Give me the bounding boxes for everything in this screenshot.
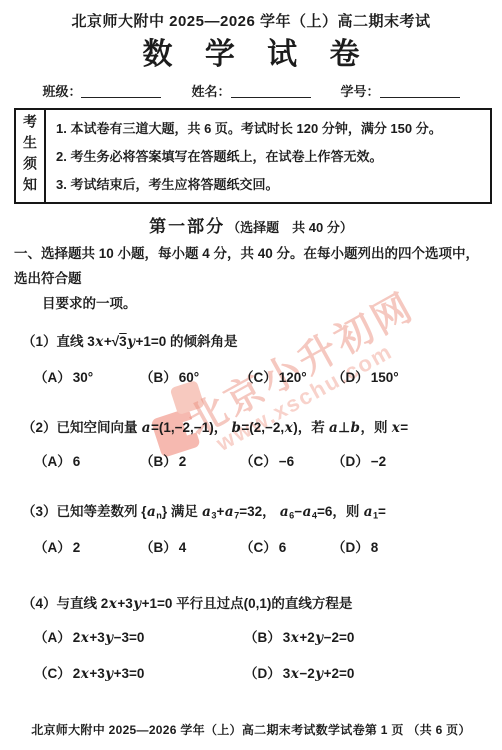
question-4-options: （A）2x+3y−3=0 （B）3x+2y−2=0 （C）2x+3y+3=0 （…	[22, 626, 494, 682]
question-list: （1）直线 3x+√3y+1=0 的倾斜角是 （A）30° （B）60° （C）…	[22, 330, 494, 682]
student-id-label: 学号：	[341, 84, 380, 99]
name-blank-line	[231, 84, 311, 98]
question-3: （3）已知等差数列 {an} 满足 a3+a7=32， a6−a4=6，则 a1…	[22, 500, 494, 556]
notice-side-label: 考生须知	[16, 110, 46, 202]
option-d: （D）3x−2y+2=0	[244, 662, 494, 682]
class-blank-line	[81, 84, 161, 98]
option-b: （B）3x+2y−2=0	[244, 626, 494, 646]
question-1-text: 直线 3x+√3y+1=0 的倾斜角是	[57, 334, 238, 349]
student-id-blank-line	[380, 84, 460, 98]
question-1-number: （1）	[22, 334, 57, 349]
option-b: （B）4	[140, 536, 240, 556]
option-c: （C）6	[240, 536, 332, 556]
question-2-options: （A）6 （B）2 （C）−6 （D）−2	[22, 450, 494, 470]
option-a: （A）6	[34, 450, 140, 470]
notice-item-2: 2. 考生务必将答案填写在答题纸上，在试卷上作答无效。	[56, 146, 482, 165]
option-c: （C）−6	[240, 450, 332, 470]
student-info-row: 班级： 姓名： 学号：	[0, 81, 502, 100]
question-4-number: （4）	[22, 596, 57, 611]
option-a: （A）2x+3y−3=0	[34, 626, 244, 646]
notice-box: 考生须知 1. 本试卷有三道大题，共 6 页。考试时长 120 分钟，满分 15…	[14, 108, 492, 204]
student-id-field: 学号：	[341, 81, 460, 100]
notice-item-list: 1. 本试卷有三道大题，共 6 页。考试时长 120 分钟，满分 150 分。 …	[46, 110, 490, 202]
section-title: 第一部分	[149, 217, 225, 236]
question-4-text: 与直线 2x+3y+1=0 平行且过点(0,1)的直线方程是	[57, 596, 353, 611]
exam-header-title: 北京师大附中 2025—2026 学年（上）高二期末考试	[0, 10, 502, 31]
instruction-line-1: 一、选择题共 10 小题，每小题 4 分，共 40 分。在每小题列出的四个选项中…	[14, 241, 492, 291]
question-3-options: （A）2 （B）4 （C）6 （D）8	[22, 536, 494, 556]
option-d: （D）8	[332, 536, 494, 556]
section-subtitle: （选择题 共 40 分）	[227, 220, 353, 235]
option-b: （B）60°	[140, 366, 240, 386]
question-4: （4）与直线 2x+3y+1=0 平行且过点(0,1)的直线方程是 （A）2x+…	[22, 592, 494, 682]
option-b: （B）2	[140, 450, 240, 470]
option-a: （A）2	[34, 536, 140, 556]
question-2: （2）已知空间向量 a=(1,−2,−1)， b=(2,−2,x)，若 a⊥b，…	[22, 416, 494, 470]
question-4-stem: （4）与直线 2x+3y+1=0 平行且过点(0,1)的直线方程是	[22, 592, 494, 612]
option-c: （C）120°	[240, 366, 332, 386]
notice-item-1: 1. 本试卷有三道大题，共 6 页。考试时长 120 分钟，满分 150 分。	[56, 118, 482, 137]
exam-paper-page: 北京小升初网 www.xschu.com 北京师大附中 2025—2026 学年…	[0, 0, 502, 750]
name-field: 姓名：	[191, 81, 310, 100]
option-a: （A）30°	[34, 366, 140, 386]
page-footer: 北京师大附中 2025—2026 学年（上）高二期末考试数学试卷第 1 页 （共…	[0, 721, 502, 738]
question-1-options: （A）30° （B）60° （C）120° （D）150°	[22, 366, 494, 386]
section-heading: 第一部分（选择题 共 40 分）	[0, 212, 502, 237]
question-3-number: （3）	[22, 504, 57, 519]
question-2-text: 已知空间向量 a=(1,−2,−1)， b=(2,−2,x)，若 a⊥b，则 x…	[57, 420, 409, 435]
option-c: （C）2x+3y+3=0	[34, 662, 244, 682]
question-1-stem: （1）直线 3x+√3y+1=0 的倾斜角是	[22, 330, 494, 350]
question-3-stem: （3）已知等差数列 {an} 满足 a3+a7=32， a6−a4=6，则 a1…	[22, 500, 494, 520]
question-2-number: （2）	[22, 420, 57, 435]
option-d: （D）−2	[332, 450, 494, 470]
instruction-line-2: 目要求的一项。	[14, 291, 492, 316]
class-field: 班级：	[42, 81, 161, 100]
option-d: （D）150°	[332, 366, 494, 386]
paper-title: 数 学 试 卷	[0, 36, 502, 74]
question-1: （1）直线 3x+√3y+1=0 的倾斜角是 （A）30° （B）60° （C）…	[22, 330, 494, 386]
section-instruction: 一、选择题共 10 小题，每小题 4 分，共 40 分。在每小题列出的四个选项中…	[14, 241, 492, 316]
question-3-text: 已知等差数列 {an} 满足 a3+a7=32， a6−a4=6，则 a1=	[57, 504, 386, 519]
name-label: 姓名：	[191, 84, 230, 99]
class-label: 班级：	[42, 84, 81, 99]
question-2-stem: （2）已知空间向量 a=(1,−2,−1)， b=(2,−2,x)，若 a⊥b，…	[22, 416, 494, 436]
notice-item-3: 3. 考试结束后，考生应将答题纸交回。	[56, 174, 482, 193]
